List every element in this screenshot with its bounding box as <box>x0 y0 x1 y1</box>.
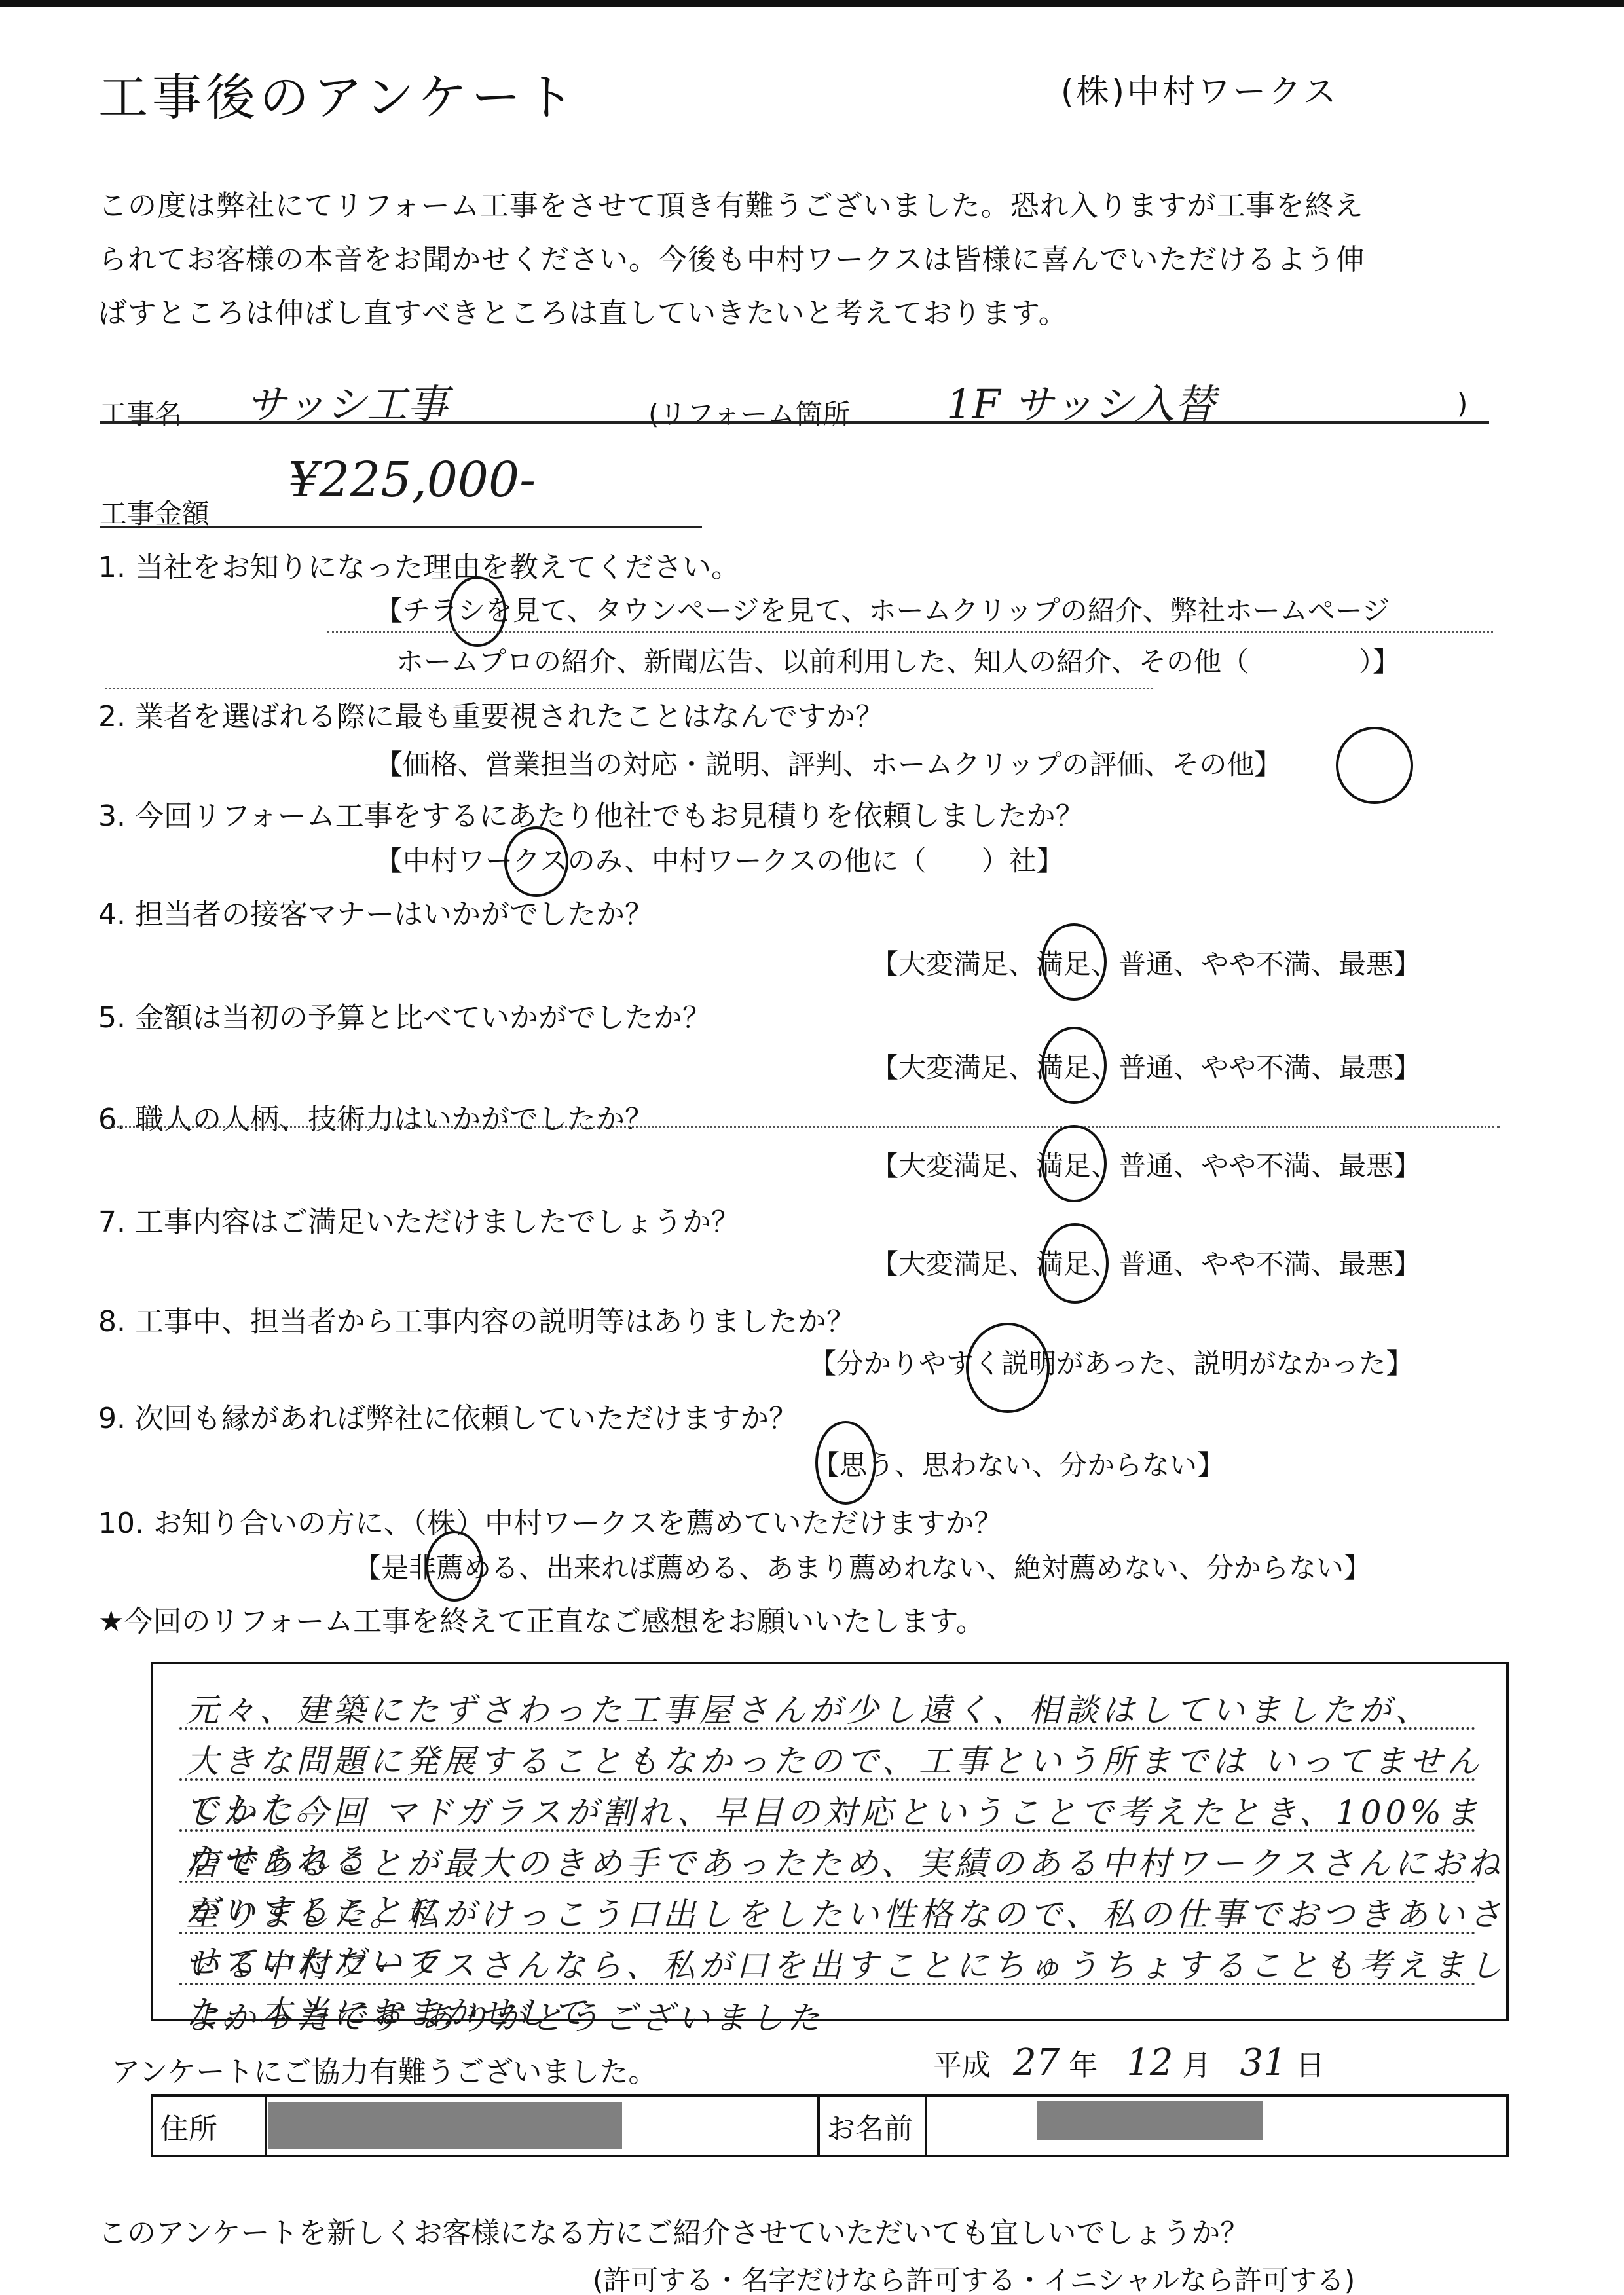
redacted-address <box>268 2102 622 2149</box>
reform-place-close: ) <box>1457 388 1467 420</box>
question-1-options-line-2[interactable]: ホームプロの紹介、新聞広告、以前利用した、知人の紹介、その他（ ）】 <box>396 640 1400 680</box>
question-text: お知り合いの方に、（株）中村ワークスを薦めていただけますか？ <box>153 1507 1003 1540</box>
question-number: 3. <box>98 799 126 833</box>
question-5-options[interactable]: 【大変満足、満足、普通、やや不満、最悪】 <box>871 1046 1421 1086</box>
selection-circle-q2 <box>1336 727 1413 804</box>
question-2-options[interactable]: 【価格、営業担当の対応・説明、評判、ホームクリップの評価、その他】 <box>375 743 1282 782</box>
selection-circle-q5 <box>1041 1027 1107 1104</box>
intro-line-3: ばすところは伸ばし直すべきところは直していきたいと考えております。 <box>98 289 1068 331</box>
question-7: 7. 工事内容はご満足いただけましたでしょうか？ <box>98 1198 740 1240</box>
question-7-options[interactable]: 【大変満足、満足、普通、やや不満、最悪】 <box>871 1243 1421 1282</box>
question-number: 4. <box>98 898 126 931</box>
selection-circle-q8 <box>966 1323 1050 1413</box>
page-title: 工事後のアンケート <box>98 58 578 129</box>
date-month: 12 <box>1126 2042 1173 2084</box>
question-text: 担当者の接客マナーはいかがでしたか？ <box>135 898 654 931</box>
question-5: 5. 金額は当初の予算と比べていかがでしたか？ <box>98 994 711 1036</box>
amount-underline <box>100 526 702 528</box>
question-9: 9. 次回も縁があれば弊社に依頼していただけますか？ <box>98 1395 798 1437</box>
question-number: 9. <box>98 1402 126 1435</box>
scan-top-edge <box>0 0 1624 7</box>
selection-circle-q10 <box>426 1531 483 1602</box>
selection-circle-q6 <box>1041 1125 1107 1202</box>
question-4-options[interactable]: 【大変満足、満足、普通、やや不満、最悪】 <box>871 943 1421 982</box>
comment-line-1: 元々、建築にたずさわった工事屋さんが少し遠く、相談はしていましたが、 <box>186 1684 1432 1731</box>
redacted-name <box>1037 2101 1263 2140</box>
question-text: 今回リフォーム工事をするにあたり他社でもお見積りを依頼しましたか？ <box>135 799 1084 833</box>
date-year-unit: 年 <box>1069 2049 1098 2082</box>
question-number: 7. <box>98 1205 126 1239</box>
date-month-unit: 月 <box>1183 2049 1211 2082</box>
question-number: 8. <box>98 1305 126 1338</box>
question-3: 3. 今回リフォーム工事をするにあたり他社でもお見積りを依頼しましたか？ <box>98 792 1084 834</box>
question-text: 当社をお知りになった理由を教えてください。 <box>135 551 740 584</box>
date-day-unit: 日 <box>1296 2049 1325 2082</box>
question-number: 2. <box>98 700 126 733</box>
selection-circle-q1 <box>449 576 506 647</box>
date-year: 27 <box>1013 2042 1060 2084</box>
question-3-options[interactable]: 【中村ワークスのみ、中村ワークスの他に（ ）社】 <box>375 839 1064 879</box>
comment-guide-line <box>179 1932 1476 1934</box>
comment-box[interactable]: 元々、建築にたずさわった工事屋さんが少し遠く、相談はしていましたが、 大きな問題… <box>151 1662 1509 2021</box>
question-2: 2. 業者を選ばれる際に最も重要視されたことはなんですか？ <box>98 693 884 735</box>
question-number: 10. <box>98 1507 144 1540</box>
question-4: 4. 担当者の接客マナーはいかがでしたか？ <box>98 890 654 932</box>
selection-circle-q9 <box>815 1421 876 1505</box>
selection-circle-q4 <box>1041 923 1107 1001</box>
referral-options[interactable]: (許可する・名字だけなら許可する・イニシャルなら許可する) <box>593 2259 1355 2295</box>
question-text: 工事内容はご満足いただけましたでしょうか？ <box>135 1205 740 1239</box>
question-6: 6. 職人の人柄、技術力はいかがでしたか？ <box>98 1095 654 1137</box>
question-text: 金額は当初の予算と比べていかがでしたか？ <box>135 1001 711 1035</box>
date-field[interactable]: 平成 27 年 12 月 31 日 <box>933 2042 1325 2084</box>
question-1-options-line-1[interactable]: 【チラシを見て、タウンページを見て、ホームクリップの紹介、弊社ホームページ <box>375 589 1390 629</box>
thanks-message: アンケートにご協力有難うございました。 <box>111 2048 657 2090</box>
comment-guide-line <box>179 1983 1476 1985</box>
comment-guide-line <box>179 1829 1476 1832</box>
comment-guide-line <box>179 1881 1476 1883</box>
question-6-options[interactable]: 【大変満足、満足、普通、やや不満、最悪】 <box>871 1145 1421 1184</box>
work-name-underline <box>100 421 1489 424</box>
intro-line-2: られてお客様の本音をお聞かせください。今後も中村ワークスは皆様に喜んでいただける… <box>98 236 1365 278</box>
question-1: 1. 当社をお知りになった理由を教えてください。 <box>98 543 740 585</box>
dotted-guide-q2 <box>105 688 1153 689</box>
selection-circle-q3 <box>504 826 568 897</box>
company-name: (株)中村ワークス <box>1061 65 1339 113</box>
comment-guide-line <box>179 1778 1476 1781</box>
address-label: 住所 <box>152 2095 266 2156</box>
question-text: 工事中、担当者から工事内容の説明等はありましたか？ <box>135 1305 855 1338</box>
dotted-guide-q1 <box>327 631 1493 633</box>
name-label: お名前 <box>819 2095 926 2156</box>
reform-place-label: (リフォーム箇所 <box>648 393 850 432</box>
question-10-options[interactable]: 【是非薦める、出来れば薦める、あまり薦めれない、絶対薦めない、分からない】 <box>354 1547 1371 1586</box>
selection-circle-q7 <box>1041 1223 1109 1304</box>
dotted-guide-q6 <box>105 1126 1500 1128</box>
question-number: 5. <box>98 1001 126 1035</box>
question-number: 1. <box>98 551 126 584</box>
comment-line-7: よかったです ありがとうございました <box>186 1992 824 2039</box>
question-number: 6. <box>98 1103 126 1136</box>
work-name-label: 工事名 <box>100 393 182 432</box>
amount-value[interactable]: ¥225,000- <box>288 452 536 508</box>
question-10: 10. お知り合いの方に、（株）中村ワークスを薦めていただけますか？ <box>98 1499 1003 1541</box>
comment-guide-line <box>179 1727 1476 1730</box>
date-era: 平成 <box>933 2049 991 2082</box>
question-text: 次回も縁があれば弊社に依頼していただけますか？ <box>135 1402 798 1435</box>
question-text: 業者を選ばれる際に最も重要視されたことはなんですか？ <box>135 700 884 733</box>
question-8: 8. 工事中、担当者から工事内容の説明等はありましたか？ <box>98 1298 855 1340</box>
question-8-options[interactable]: 【分かりやすく説明があった、説明がなかった】 <box>809 1342 1414 1382</box>
date-day: 31 <box>1240 2042 1287 2084</box>
comment-prompt: ★今回のリフォーム工事を終えて正直なご感想をお願いいたします。 <box>98 1598 985 1640</box>
intro-line-1: この度は弊社にてリフォーム工事をさせて頂き有難うございました。恐れ入りますが工事… <box>98 182 1364 224</box>
question-text: 職人の人柄、技術力はいかがでしたか？ <box>135 1103 654 1136</box>
referral-question: このアンケートを新しくお客様になる方にご紹介させていただいても宜しいでしょうか？ <box>98 2209 1249 2251</box>
